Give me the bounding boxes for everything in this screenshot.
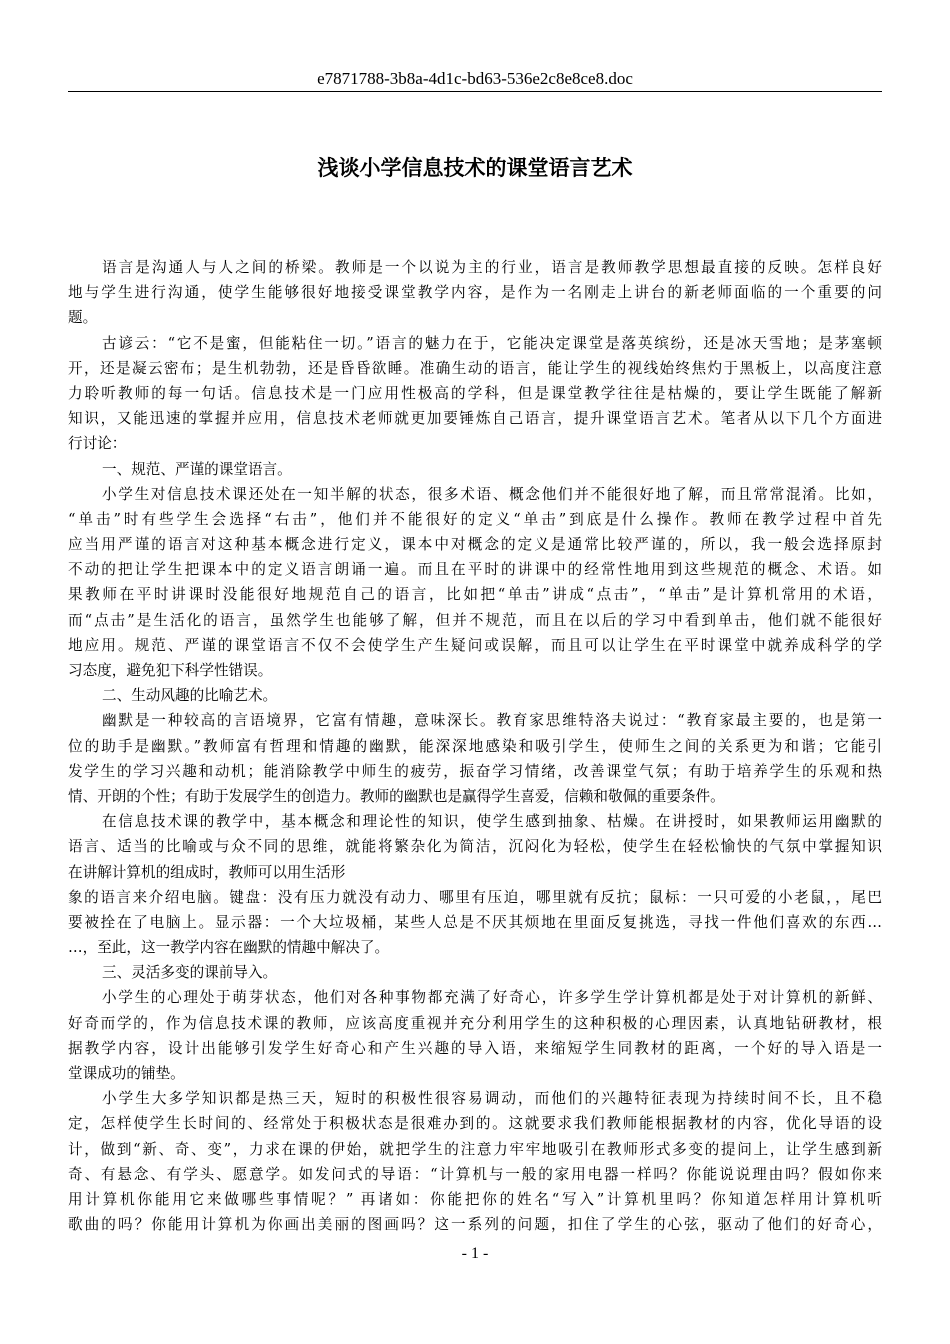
text-line: 古谚云：“它不是蜜，但能粘住一切。”语言的魅力在于，它能决定课堂是落英缤纷，还是… — [68, 331, 882, 356]
text-line: 习态度，避免犯下科学性错误。 — [68, 658, 882, 683]
header-divider — [68, 91, 882, 92]
text-line: “单击”时有些学生会选择“右击”，他们并不能很好的定义“单击”到底是什么操作。教… — [68, 507, 882, 532]
text-line: 知识，又能迅速的掌握并应用，信息技术老师就更加要锤炼自己语言，提升课堂语言艺术。… — [68, 406, 882, 431]
text-line: 幽默是一种较高的言语境界，它富有情趣，意味深长。教育家思维特洛夫说过：“教育家最… — [68, 708, 882, 733]
text-line: 应当用严谨的语言对这种基本概念进行定义，课本中对概念的定义是通常比较严谨的，所以… — [68, 532, 882, 557]
text-line: 行讨论： — [68, 431, 882, 456]
text-line: 三、灵活多变的课前导入。 — [68, 960, 882, 985]
text-line: 在信息技术课的教学中，基本概念和理论性的知识，使学生感到抽象、枯燥。在讲授时，如… — [68, 809, 882, 834]
text-line: 语言是沟通人与人之间的桥梁。教师是一个以说为主的行业，语言是教师教学思想最直接的… — [68, 255, 882, 280]
text-line: …，至此，这一教学内容在幽默的情趣中解决了。 — [68, 935, 882, 960]
text-line: 小学生的心理处于萌芽状态，他们对各种事物都充满了好奇心，许多学生学计算机都是处于… — [68, 985, 882, 1010]
text-line: 小学生大多学知识都是热三天，短时的积极性很容易调动，而他们的兴趣特征表现为持续时… — [68, 1086, 882, 1111]
text-line: 好奇而学的，作为信息技术课的教师，应该高度重视并充分利用学生的这种积极的心理因素… — [68, 1011, 882, 1036]
text-line: 小学生对信息技术课还处在一知半解的状态，很多术语、概念他们并不能很好地了解，而且… — [68, 482, 882, 507]
text-line: 要被拴在了电脑上。显示器：一个大垃圾桶，某些人总是不厌其烦地在里面反复挑选，寻找… — [68, 910, 882, 935]
text-line: 语言、适当的比喻或与众不同的思维，就能将繁杂化为简洁，沉闷化为轻松，使学生在轻松… — [68, 834, 882, 859]
text-line: 据教学内容，设计出能够引发学生好奇心和产生兴趣的导入语，来缩短学生同教材的距离，… — [68, 1036, 882, 1061]
document-body: 语言是沟通人与人之间的桥梁。教师是一个以说为主的行业，语言是教师教学思想最直接的… — [68, 255, 882, 1237]
page-number: - 1 - — [68, 1243, 882, 1265]
text-line: 不动的把让学生把课本中的定义语言朗诵一遍。而且在平时的讲课中的经常性地用到这些规… — [68, 557, 882, 582]
text-line: 计，做到“新、奇、变”，力求在课的伊始，就把学生的注意力牢牢地吸引在教师形式多变… — [68, 1137, 882, 1162]
text-line: 歌曲的吗？你能用计算机为你画出美丽的图画吗？这一系列的问题，扣住了学生的心弦，驱… — [68, 1212, 882, 1237]
text-line: 力聆听教师的每一句话。信息技术是一门应用性极高的学科，但是课堂教学往往是枯燥的，… — [68, 381, 882, 406]
page-header-filename: e7871788-3b8a-4d1c-bd63-536e2c8e8ce8.doc — [68, 68, 882, 90]
text-line: 用计算机你能用它来做哪些事情呢？” 再诸如：你能把你的姓名“写入”计算机里吗？你… — [68, 1187, 882, 1212]
text-line: 奇、有悬念、有学头、愿意学。如发问式的导语：“计算机与一般的家用电器一样吗？你能… — [68, 1162, 882, 1187]
text-line: 堂课成功的铺垫。 — [68, 1061, 882, 1086]
text-line: 果教师在平时讲课时没能很好地规范自己的语言，比如把“单击”讲成“点击”，“单击”… — [68, 582, 882, 607]
text-line: 一、规范、严谨的课堂语言。 — [68, 457, 882, 482]
text-line: 在讲解计算机的组成时，教师可以用生活形 — [68, 860, 882, 885]
text-line: 开，还是凝云密布；是生机勃勃，还是昏昏欲睡。准确生动的语言，能让学生的视线始终焦… — [68, 356, 882, 381]
text-line: 地与学生进行沟通，使学生能够很好地接受课堂教学内容，是作为一名刚走上讲台的新老师… — [68, 280, 882, 305]
text-line: 地应用。规范、严谨的课堂语言不仅不会使学生产生疑问或误解，而且可以让学生在平时课… — [68, 633, 882, 658]
text-line: 情、开朗的个性；有助于发展学生的创造力。教师的幽默也是赢得学生喜爱，信赖和敬佩的… — [68, 784, 882, 809]
text-line: 象的语言来介绍电脑。键盘：没有压力就没有动力、哪里有压迫，哪里就有反抗；鼠标：一… — [68, 885, 882, 910]
text-line: 而“点击”是生活化的语言，虽然学生也能够了解，但并不规范，而且在以后的学习中看到… — [68, 608, 882, 633]
text-line: 二、生动风趣的比喻艺术。 — [68, 683, 882, 708]
text-line: 发学生的学习兴趣和动机；能消除教学中师生的疲劳，振奋学习情绪，改善课堂气氛；有助… — [68, 759, 882, 784]
text-line: 位的助手是幽默。”教师富有哲理和情趣的幽默，能深深地感染和吸引学生，使师生之间的… — [68, 734, 882, 759]
document-title: 浅谈小学信息技术的课堂语言艺术 — [68, 153, 882, 183]
text-line: 定，怎样使学生长时间的、经常处于积极状态是很难办到的。这就要求我们教师能根据教材… — [68, 1111, 882, 1136]
text-line: 题。 — [68, 305, 882, 330]
